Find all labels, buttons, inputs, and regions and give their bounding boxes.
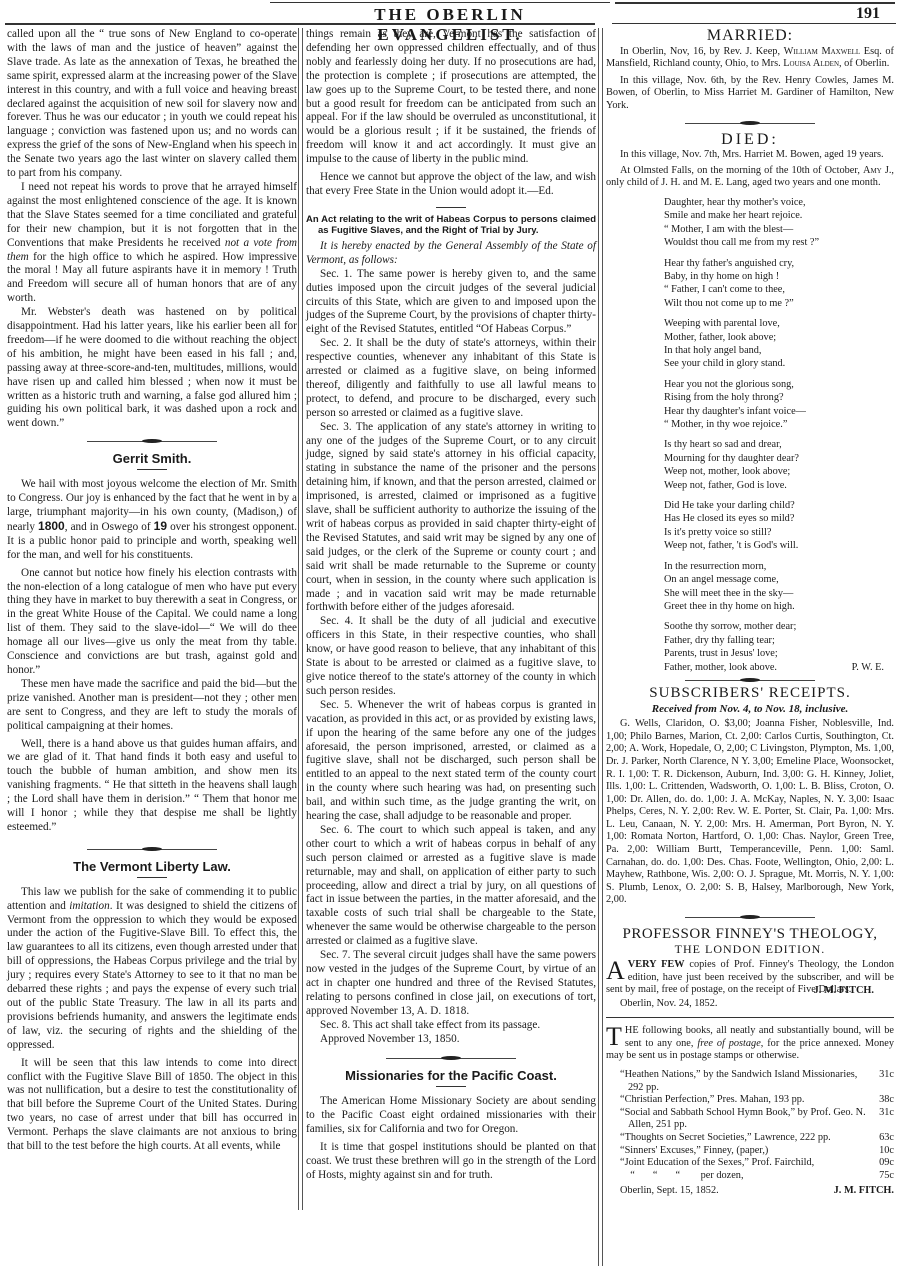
column-divider-1 — [298, 28, 303, 1210]
memorial-poem: Daughter, hear thy mother's voice,Smile … — [606, 196, 894, 674]
books-ad-footer: Oberlin, Sept. 15, 1852. J. M. FITCH. — [606, 1185, 894, 1198]
ornamental-divider — [685, 917, 815, 918]
receipts-subheading: Received from Nov. 4, to Nov. 18, inclus… — [606, 703, 894, 716]
section-rule — [436, 207, 466, 208]
ornamental-divider — [87, 441, 217, 442]
poem-stanza: Hear you not the glorious song,Rising fr… — [664, 378, 894, 432]
article-paragraph: I need not repeat his words to prove tha… — [7, 181, 297, 306]
approval-date: Approved November 13, 1850. — [306, 1033, 596, 1047]
poem-stanza: Daughter, hear thy mother's voice,Smile … — [664, 196, 894, 250]
act-section-2: Sec. 2. It shall be the duty of state's … — [306, 337, 596, 420]
poem-stanza: Did He take your darling child?Has He cl… — [664, 499, 894, 553]
death-notice: In this village, Nov. 7th, Mrs. Harriet … — [606, 149, 894, 162]
book-item: “Sinners' Excuses,” Finney, (paper,)10c — [606, 1145, 894, 1158]
poem-signature: P. W. E. — [852, 661, 884, 674]
gerrit-smith-paragraph: One cannot but notice how finely his ele… — [7, 567, 297, 678]
act-section-6: Sec. 6. The court to which such appeal i… — [306, 824, 596, 949]
books-ad-date: Oberlin, Sept. 15, 1852. — [620, 1185, 719, 1198]
masthead-top-rule — [270, 2, 610, 3]
vermont-paragraph: This law we publish for the sake of comm… — [7, 886, 297, 1053]
books-ad-intro: THE following books, all neatly and subs… — [606, 1025, 894, 1063]
ornamental-divider — [386, 1058, 516, 1059]
books-list: “Heathen Nations,” by the Sandwich Islan… — [606, 1069, 894, 1182]
book-item: “Christian Perfection,” Pres. Mahan, 193… — [606, 1094, 894, 1107]
act-section-5: Sec. 5. Whenever the writ of habeas corp… — [306, 699, 596, 824]
act-section-8: Sec. 8. This act shall take effect from … — [306, 1019, 596, 1033]
gerrit-smith-heading: Gerrit Smith. — [7, 452, 297, 466]
missionaries-heading: Missionaries for the Pacific Coast. — [306, 1069, 596, 1083]
missionaries-paragraph: It is time that gospel institutions shou… — [306, 1141, 596, 1183]
act-section-3: Sec. 3. The application of any state's a… — [306, 421, 596, 616]
act-title: An Act relating to the writ of Habeas Co… — [306, 214, 596, 236]
masthead: THE OBERLIN EVANGELIST. 191 — [0, 0, 900, 24]
poem-stanza: Soothe thy sorrow, mother dear;Father, d… — [664, 620, 894, 674]
finney-ad-heading: PROFESSOR FINNEY'S THEOLOGY, — [606, 928, 894, 941]
enacting-clause: It is hereby enacted by the General Asse… — [306, 240, 596, 268]
column-2: things remain as they are, Vermont has t… — [306, 28, 596, 1183]
masthead-bottom-rule-right — [612, 23, 896, 24]
ornamental-divider — [685, 123, 815, 124]
finney-ad-date: Oberlin, Nov. 24, 1852. — [606, 998, 894, 1011]
book-item: “Social and Sabbath School Hymn Book,” b… — [606, 1107, 894, 1132]
gerrit-smith-paragraph: Well, there is a hand above us that guid… — [7, 738, 297, 835]
vermont-paragraph: It will be seen that this law intends to… — [7, 1057, 297, 1154]
masthead-bottom-rule — [5, 23, 595, 25]
column-1: called upon all the “ true sons of New E… — [7, 28, 297, 1154]
ornamental-divider — [87, 849, 217, 850]
masthead-top-rule-right — [615, 2, 895, 4]
gerrit-smith-paragraph: These men have made the sacrifice and pa… — [7, 678, 297, 734]
vermont-liberty-law-heading: The Vermont Liberty Law. — [7, 860, 297, 874]
act-section-4: Sec. 4. It shall be the duty of all judi… — [306, 615, 596, 698]
heading-rule — [137, 877, 167, 878]
column-3: MARRIED: In Oberlin, Nov, 16, by Rev. J.… — [606, 28, 894, 1198]
gerrit-smith-paragraph: We hail with most joyous welcome the ele… — [7, 478, 297, 562]
section-rule — [606, 1017, 894, 1018]
vermont-continued-paragraph: things remain as they are, Vermont has t… — [306, 28, 596, 167]
poem-stanza: Is thy heart so sad and drear,Mourning f… — [664, 438, 894, 492]
book-item: “Joint Education of the Sexes,” Prof. Fa… — [606, 1157, 894, 1170]
act-section-7: Sec. 7. The several circuit judges shall… — [306, 949, 596, 1019]
page-number: 191 — [856, 5, 880, 23]
heading-rule — [436, 1086, 466, 1087]
act-section-1: Sec. 1. The same power is hereby given t… — [306, 268, 596, 338]
poem-stanza: Weeping with parental love,Mother, fathe… — [664, 317, 894, 371]
receipts-list: G. Wells, Claridon, O. $3,00; Joanna Fis… — [606, 718, 894, 907]
receipts-heading: SUBSCRIBERS' RECEIPTS. — [606, 687, 894, 700]
ornamental-divider — [685, 680, 815, 681]
books-ad-signature: J. M. FITCH. — [834, 1185, 894, 1198]
article-continued-paragraph: called upon all the “ true sons of New E… — [7, 28, 297, 181]
article-paragraph: Mr. Webster's death was hastened on by p… — [7, 306, 297, 431]
married-heading: MARRIED: — [606, 30, 894, 43]
book-item: “Heathen Nations,” by the Sandwich Islan… — [606, 1069, 894, 1094]
death-notice: At Olmsted Falls, on the morning of the … — [606, 165, 894, 190]
book-item: “ “ “ per dozen,75c — [606, 1170, 894, 1183]
heading-rule — [137, 469, 167, 470]
book-item: “Thoughts on Secret Societies,” Lawrence… — [606, 1132, 894, 1145]
poem-stanza: In the resurrection morn,On an angel mes… — [664, 560, 894, 614]
finney-ad-subheading: THE LONDON EDITION. — [606, 943, 894, 956]
poem-stanza: Hear thy father's anguished cry,Baby, in… — [664, 257, 894, 311]
vermont-paragraph: Hence we cannot but approve the object o… — [306, 171, 596, 199]
column-divider-2 — [598, 28, 603, 1266]
died-heading: DIED: — [606, 134, 894, 147]
marriage-notice: In Oberlin, Nov, 16, by Rev. J. Keep, Wi… — [606, 46, 894, 71]
missionaries-paragraph: The American Home Missionary Society are… — [306, 1095, 596, 1137]
marriage-notice: In this village, Nov. 6th, by the Rev. H… — [606, 75, 894, 113]
